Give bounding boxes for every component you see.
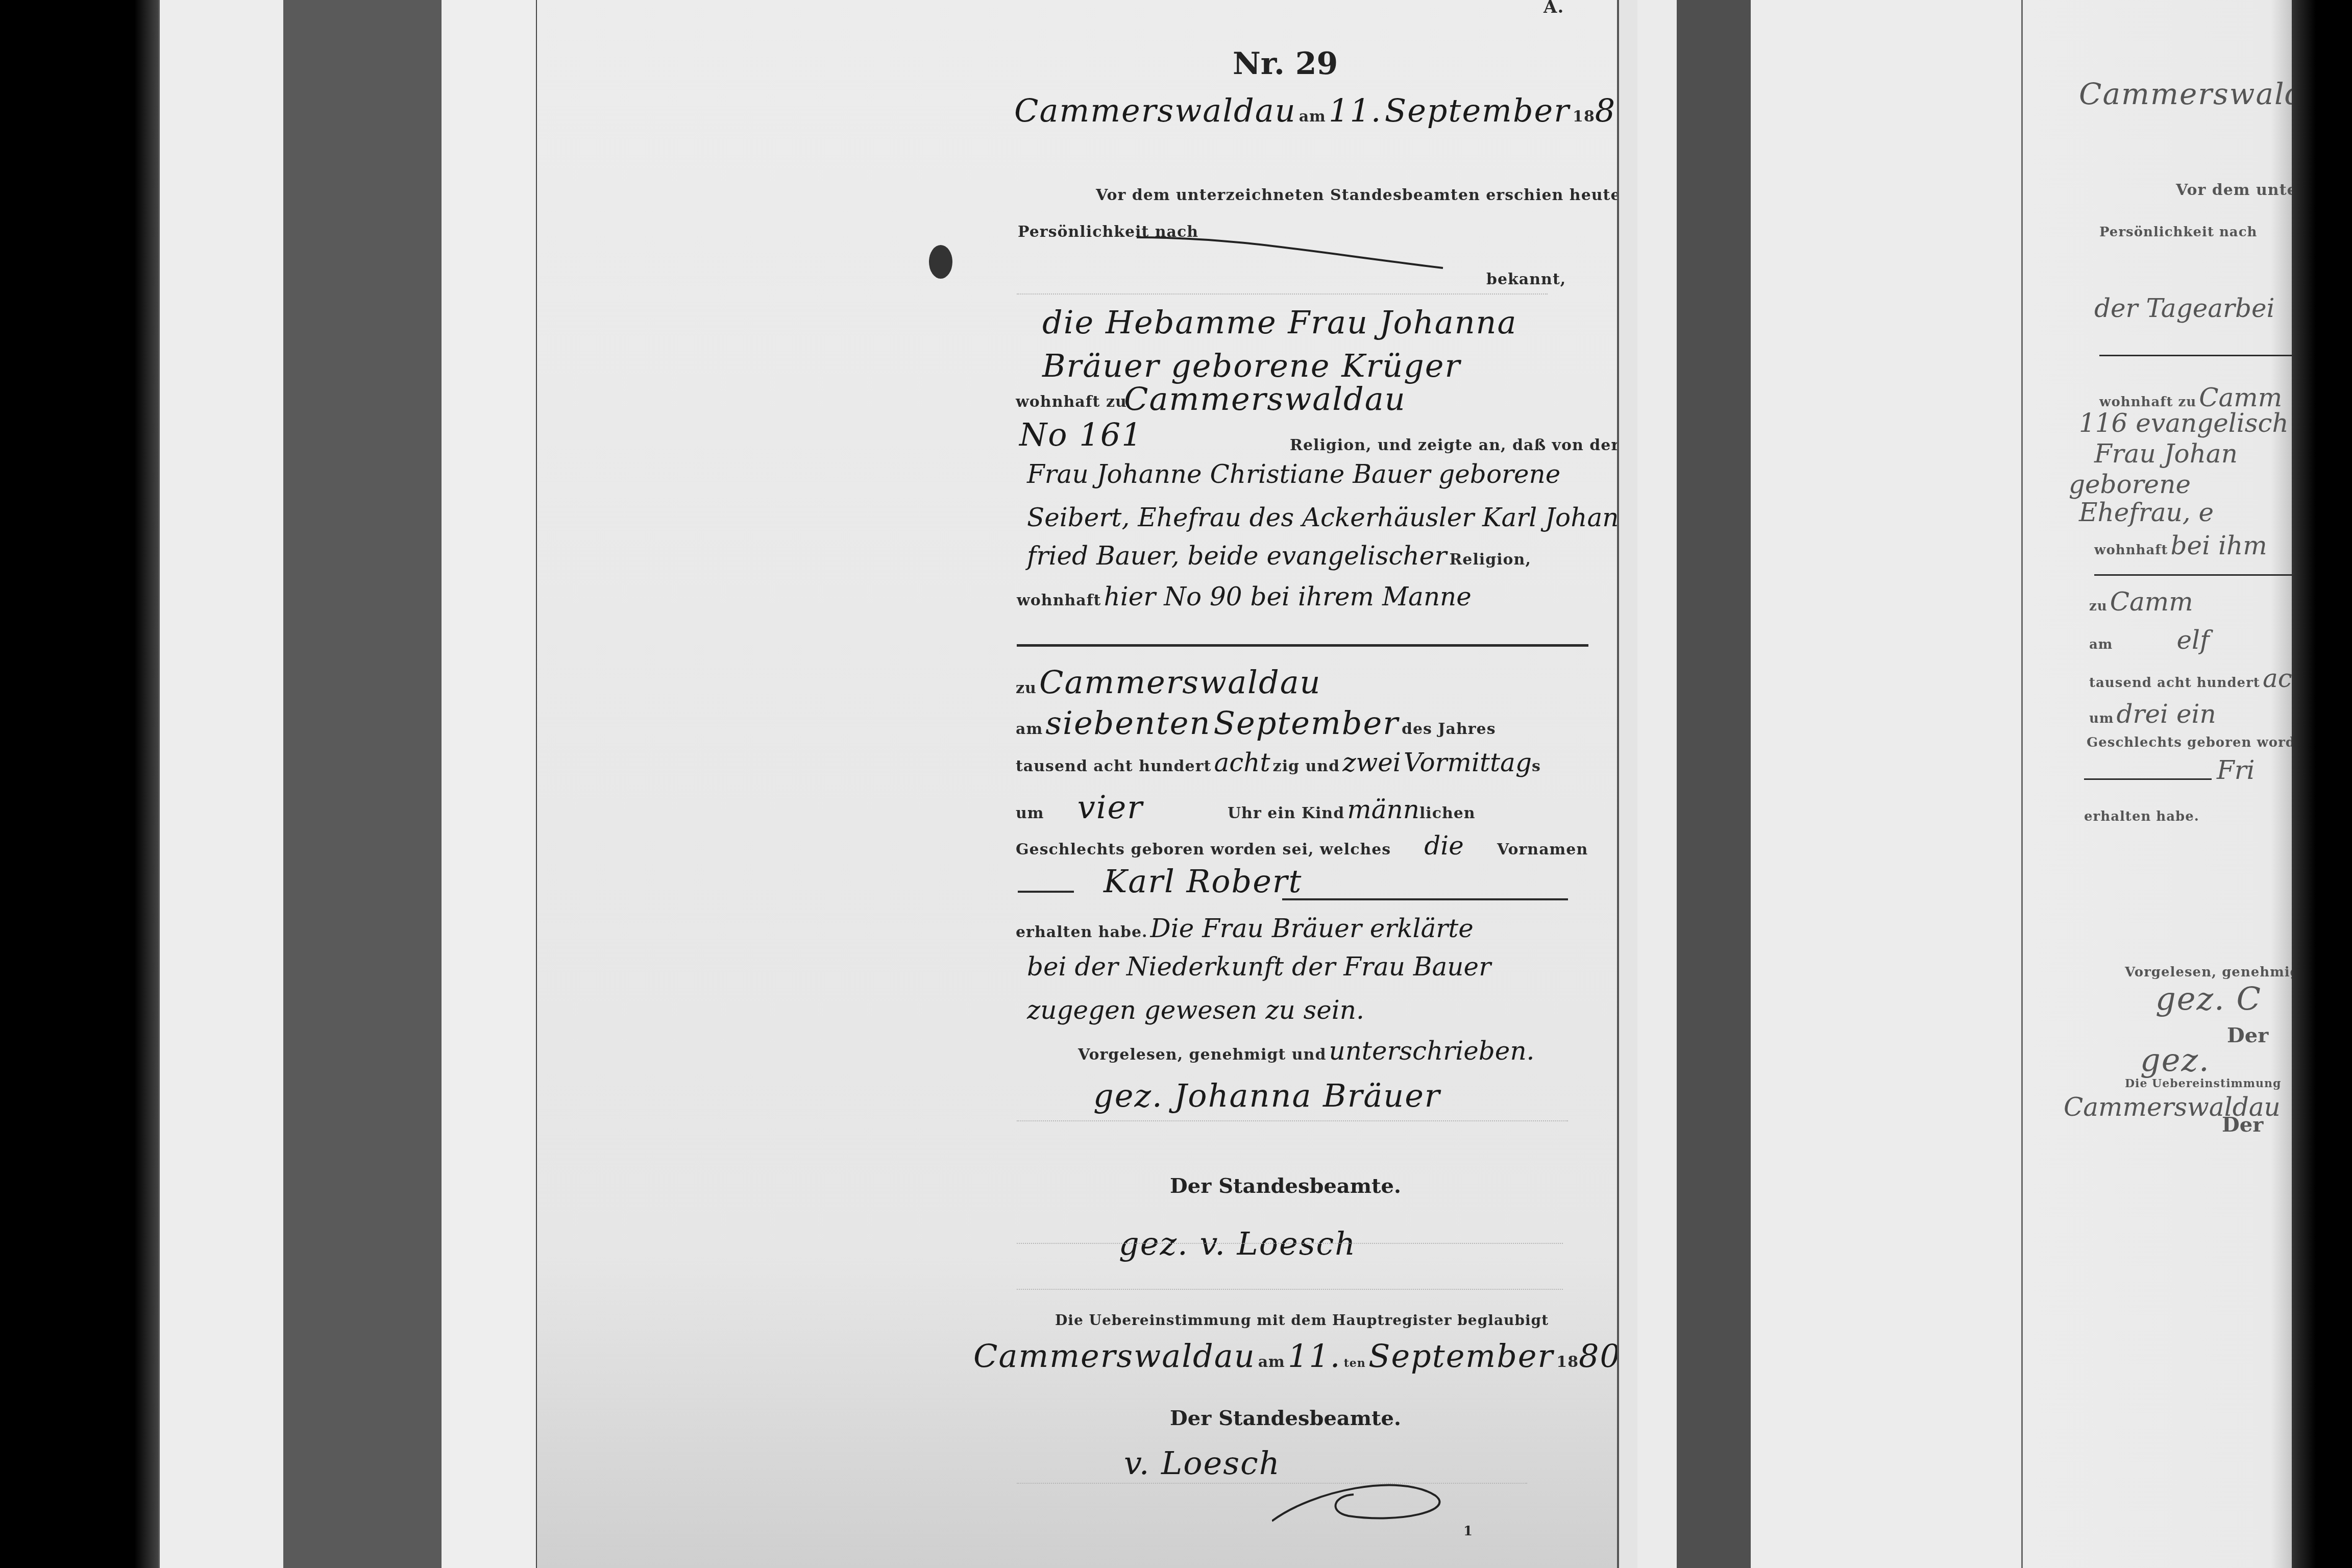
intro-text: Vor dem unterzeichneten Standesbeamten e… <box>1096 186 1662 204</box>
given-names: Karl Robert <box>1104 863 1302 900</box>
adj-wohnhaft-value: bei ihm <box>2171 531 2267 560</box>
birth-hour-line: um vier Uhr ein Kind männlichen <box>1016 789 1476 826</box>
am-label: am <box>1016 720 1043 738</box>
informant-residence: Cammerswaldau <box>1124 380 1406 418</box>
geschlecht-line: Geschlechts geboren worden sei, welches … <box>1016 831 1588 861</box>
ruled-line <box>1017 1289 1563 1290</box>
adj-dash <box>2084 778 2212 780</box>
adj-line-4: geborene <box>2069 470 2191 499</box>
dash-right <box>1282 898 1568 900</box>
header-place: Cammerswaldau <box>1014 92 1296 129</box>
header-day: 11. <box>1329 92 1382 129</box>
strikeout-line <box>1137 232 1468 273</box>
birth-hour: vier <box>1077 789 1143 826</box>
zig-und: zig und <box>1273 757 1340 775</box>
adj-registrar-2: Der <box>2222 1113 2263 1137</box>
adj-year-line: tausend acht hundert acht <box>2089 664 2319 693</box>
adj-cert: Die Uebereinstimmung <box>2125 1077 2281 1090</box>
cert-place: Cammerswaldau <box>973 1337 1256 1375</box>
adj-identity-label: Persönlichkeit nach <box>2099 225 2257 240</box>
binding-gutter-right <box>1677 0 1751 1568</box>
adj-wohnhaft: wohnhaft <box>2094 543 2168 558</box>
adj-line-5: Ehefrau, e <box>2079 498 2214 527</box>
religion-clause: Religion, und zeigte an, daß von der <box>1290 436 1620 454</box>
cert-day: 11. <box>1288 1337 1341 1375</box>
certification-date-line: Cammerswaldau am 11. ten September 1880 <box>973 1337 1621 1375</box>
year-unit: zwei <box>1342 748 1401 777</box>
binding-gutter-left <box>283 0 442 1568</box>
adj-signature: gez. C <box>2155 980 2262 1017</box>
cert-year-suffix: 80 <box>1579 1337 1621 1375</box>
ruled-line <box>1017 1483 1527 1484</box>
wohnhaft-zu-label: wohnhaft zu <box>1016 393 1127 411</box>
informant-house-number: No 161 <box>1019 416 1143 453</box>
signature-flourish <box>1272 1475 1466 1536</box>
time-of-day: Vormittag <box>1404 748 1532 777</box>
adj-am-value: elf <box>2176 625 2209 655</box>
remark-line-3: zugegen gewesen zu sein. <box>1027 995 1364 1025</box>
cert-am: am <box>1258 1353 1285 1371</box>
sex-printed: lichen <box>1419 804 1476 822</box>
mother-residence: hier No 90 bei ihrem Manne <box>1104 582 1472 611</box>
um-label: um <box>1016 804 1044 822</box>
page-mark: 1 <box>1463 1524 1473 1539</box>
header-am: am <box>1299 108 1326 126</box>
adj-wohnhaft-zu: wohnhaft zu <box>2099 395 2196 410</box>
adj-erhalten: erhalten habe. <box>2084 809 2199 824</box>
adj-informant: der Tagearbei <box>2094 293 2275 323</box>
informant-line-1: die Hebamme Frau Johanna <box>1042 304 1517 341</box>
des-jahres: des Jahres <box>1402 720 1496 738</box>
vorgelesen-label: Vorgelesen, genehmigt und <box>1078 1046 1326 1064</box>
film-edge-left <box>0 0 158 1568</box>
adj-divider <box>2099 355 2304 356</box>
sex-hand: männ <box>1347 795 1419 824</box>
time-suffix: s <box>1532 757 1541 775</box>
adj-line-2: 116 evangelisch <box>2079 408 2289 438</box>
ink-blot <box>929 245 952 279</box>
welches-hand: die <box>1424 831 1464 861</box>
identity-suffix: bekannt, <box>1486 271 1566 288</box>
registrar-title-2: Der Standesbeamte. <box>1170 1406 1401 1430</box>
birth-month: September <box>1214 704 1399 742</box>
page-edge-strip <box>1751 0 2023 1568</box>
birth-date-line: am siebenten September des Jahres <box>1016 704 1496 742</box>
adj-given: Fri <box>2217 755 2255 785</box>
adj-zu-line: zu Camm <box>2089 587 2193 617</box>
register-page: A. Nr. 29 Cammerswaldau am 11. September… <box>537 0 1619 1568</box>
cert-ten: ten <box>1344 1357 1366 1370</box>
adj-wohnhaft-line: wohnhaft bei ihm <box>2094 531 2267 560</box>
page-edge-strip <box>158 0 285 1568</box>
adj-divider <box>2094 574 2298 576</box>
erhalten-label: erhalten habe. <box>1016 923 1148 941</box>
mother-line-2: Seibert, Ehefrau des Ackerhäusler Karl J… <box>1027 503 1708 532</box>
wohnhaft-label: wohnhaft <box>1017 592 1101 609</box>
adj-registrar: Der <box>2227 1023 2268 1047</box>
adjacent-register-page: Cammerswald Vor dem unterz Persönlichkei… <box>2023 0 2298 1568</box>
adj-um-value: drei ein <box>2117 699 2216 729</box>
thousand-printed: tausend acht hundert <box>1016 757 1211 775</box>
religion-printed: Religion, <box>1449 551 1531 569</box>
uhr-clause: Uhr ein Kind <box>1228 804 1344 822</box>
cert-year-prefix: 18 <box>1556 1353 1579 1371</box>
adj-um-line: um drei ein <box>2089 699 2216 729</box>
mother-line-3: fried Bauer, beide evangelischer Religio… <box>1027 541 1531 571</box>
header-month: September <box>1385 92 1570 129</box>
page-edge-strip <box>442 0 538 1568</box>
informant-signature: gez. Johanna Bräuer <box>1093 1077 1441 1114</box>
certification-text: Die Uebereinstimmung mit dem Hauptregist… <box>1055 1312 1549 1329</box>
adj-am: am <box>2089 637 2113 652</box>
birth-year-line: tausend acht hundert acht zig und zwei V… <box>1016 748 1541 777</box>
ruled-line <box>1017 1120 1568 1121</box>
cert-month: September <box>1368 1337 1554 1375</box>
adj-zu-value: Camm <box>2110 587 2193 617</box>
page-border-double-line <box>1617 0 1639 1568</box>
adj-am-line: am elf <box>2089 625 2210 655</box>
remark-line-2: bei der Niederkunft der Frau Bauer <box>1027 952 1491 982</box>
zu-label: zu <box>1016 679 1037 697</box>
geschlecht-clause: Geschlechts geboren worden sei, welches <box>1016 841 1391 859</box>
vorgelesen-hand: unterschrieben. <box>1329 1036 1534 1066</box>
ruled-line <box>1017 293 1548 295</box>
registrar-title: Der Standesbeamte. <box>1170 1174 1401 1198</box>
entry-number: Nr. 29 <box>1233 46 1338 82</box>
adj-registrar-sig: gez. <box>2140 1041 2210 1079</box>
mother-residence-line: wohnhaft hier No 90 bei ihrem Manne <box>1017 582 1472 611</box>
registrar-signature-2: v. Loesch <box>1124 1444 1281 1482</box>
film-edge-right <box>2292 0 2352 1568</box>
mother-religion-hand: fried Bauer, beide evangelischer <box>1027 541 1447 571</box>
section-divider <box>1017 644 1588 647</box>
ruled-line <box>1017 1243 1563 1244</box>
birth-day: siebenten <box>1045 704 1211 742</box>
informant-line-2: Bräuer geborene Krüger <box>1042 347 1461 384</box>
vornamen-label: Vornamen <box>1497 841 1588 859</box>
adj-thousand: tausend acht hundert <box>2089 675 2260 691</box>
remark-line-1: erhalten habe. Die Frau Bräuer erklärte <box>1016 914 1474 943</box>
header-date-line: Cammerswaldau am 11. September 1880 <box>1014 92 1637 129</box>
adj-line-3: Frau Johan <box>2094 439 2238 469</box>
adj-um: um <box>2089 711 2114 726</box>
dash-left <box>1018 891 1074 893</box>
birth-place-line: zu Cammerswaldau <box>1016 664 1321 701</box>
corner-mark: A. <box>1543 0 1564 17</box>
birth-place: Cammerswaldau <box>1039 664 1321 701</box>
vorgelesen-line: Vorgelesen, genehmigt und unterschrieben… <box>1078 1036 1534 1066</box>
page-edge-strip <box>1637 0 1677 1568</box>
mother-line-1: Frau Johanne Christiane Bauer geborene <box>1027 459 1560 489</box>
year-word: acht <box>1214 748 1270 777</box>
adj-place: Cammerswald <box>2079 77 2305 111</box>
remark-1: Die Frau Bräuer erklärte <box>1150 914 1474 943</box>
header-year-prefix: 18 <box>1573 108 1595 126</box>
adj-zu: zu <box>2089 599 2108 614</box>
